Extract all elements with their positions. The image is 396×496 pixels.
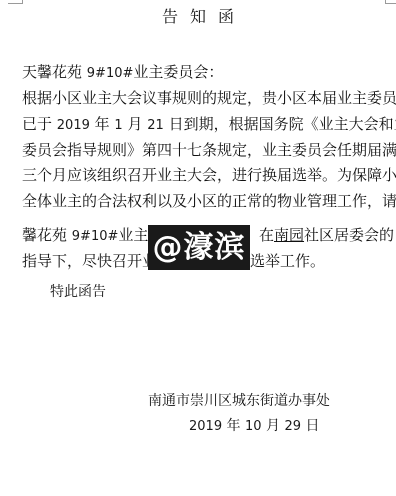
body-text: 年 (90, 115, 115, 133)
body-line-4: 三个月应该组织召开业主大会，进行换届选举。为保障小区 (22, 166, 396, 184)
body-year: 2019 (57, 118, 90, 133)
body-text: 三个月应该组织召开业主大会，进行换届选举。为保障小区 (22, 166, 396, 184)
body-line-6-tail: 在南园社区居委会的 (259, 226, 394, 244)
body-line-3: 委员会指导规则》第四十七条规定，业主委员会任期届满前 (22, 141, 396, 159)
salutation: 天馨花苑 9#10#业主委员会： (22, 63, 223, 83)
date-text: 月 (262, 418, 285, 434)
body-text: 社区居委会的 (304, 226, 394, 244)
body-text: 全体业主的合法权利以及小区的正常的物业管理工作，请天 (22, 192, 396, 210)
body-building-number: 9#10# (72, 229, 119, 244)
signature-date: 2019 年 10 月 29 日 (189, 415, 319, 435)
body-text: 委员会指导规则》第四十七条规定，业主委员会任期届满前 (22, 141, 396, 159)
date-year: 2019 (189, 419, 222, 434)
body-line-1: 根据小区业主大会议事规则的规定，贵小区本届业主委员会 (22, 89, 396, 107)
body-text: 选举工作。 (250, 252, 325, 270)
document-title: 告知函 (0, 4, 396, 27)
body-line-2: 已于 2019 年 1 月 21 日到期，根据国务院《业主大会和业主 (22, 115, 396, 135)
body-text: 日到期，根据国务院《业主大会和业主 (164, 115, 396, 133)
salutation-prefix: 天馨花苑 (22, 63, 87, 81)
body-text: 月 (123, 115, 148, 133)
closing-phrase: 特此函告 (50, 281, 106, 301)
salutation-suffix: 业主委员会： (133, 63, 223, 81)
body-line-6: 馨花苑 9#10#业主委 (22, 226, 163, 246)
body-text: 根据小区业主大会议事规则的规定，贵小区本届业主委员会 (22, 89, 396, 107)
underlined-community-name: 南园 (274, 226, 304, 244)
body-text: 馨花苑 (22, 226, 72, 244)
salutation-building-number: 9#10# (87, 66, 134, 81)
body-text: 在 (259, 226, 274, 244)
body-line-7-tail: 选举工作。 (250, 252, 325, 270)
date-text: 日 (301, 418, 319, 434)
date-month: 10 (245, 419, 262, 434)
body-line-7: 指导下，尽快召开业 (22, 252, 157, 270)
signature-organization: 南通市崇川区城东街道办事处 (148, 390, 330, 410)
watermark-overlay: @濠滨 (148, 225, 250, 270)
body-month: 1 (114, 118, 122, 133)
date-text: 年 (222, 418, 245, 434)
body-day: 21 (147, 118, 164, 133)
date-day: 29 (284, 419, 301, 434)
body-line-5: 全体业主的合法权利以及小区的正常的物业管理工作，请天 (22, 192, 396, 210)
body-text: 指导下，尽快召开业 (22, 252, 157, 270)
body-text: 已于 (22, 115, 57, 133)
